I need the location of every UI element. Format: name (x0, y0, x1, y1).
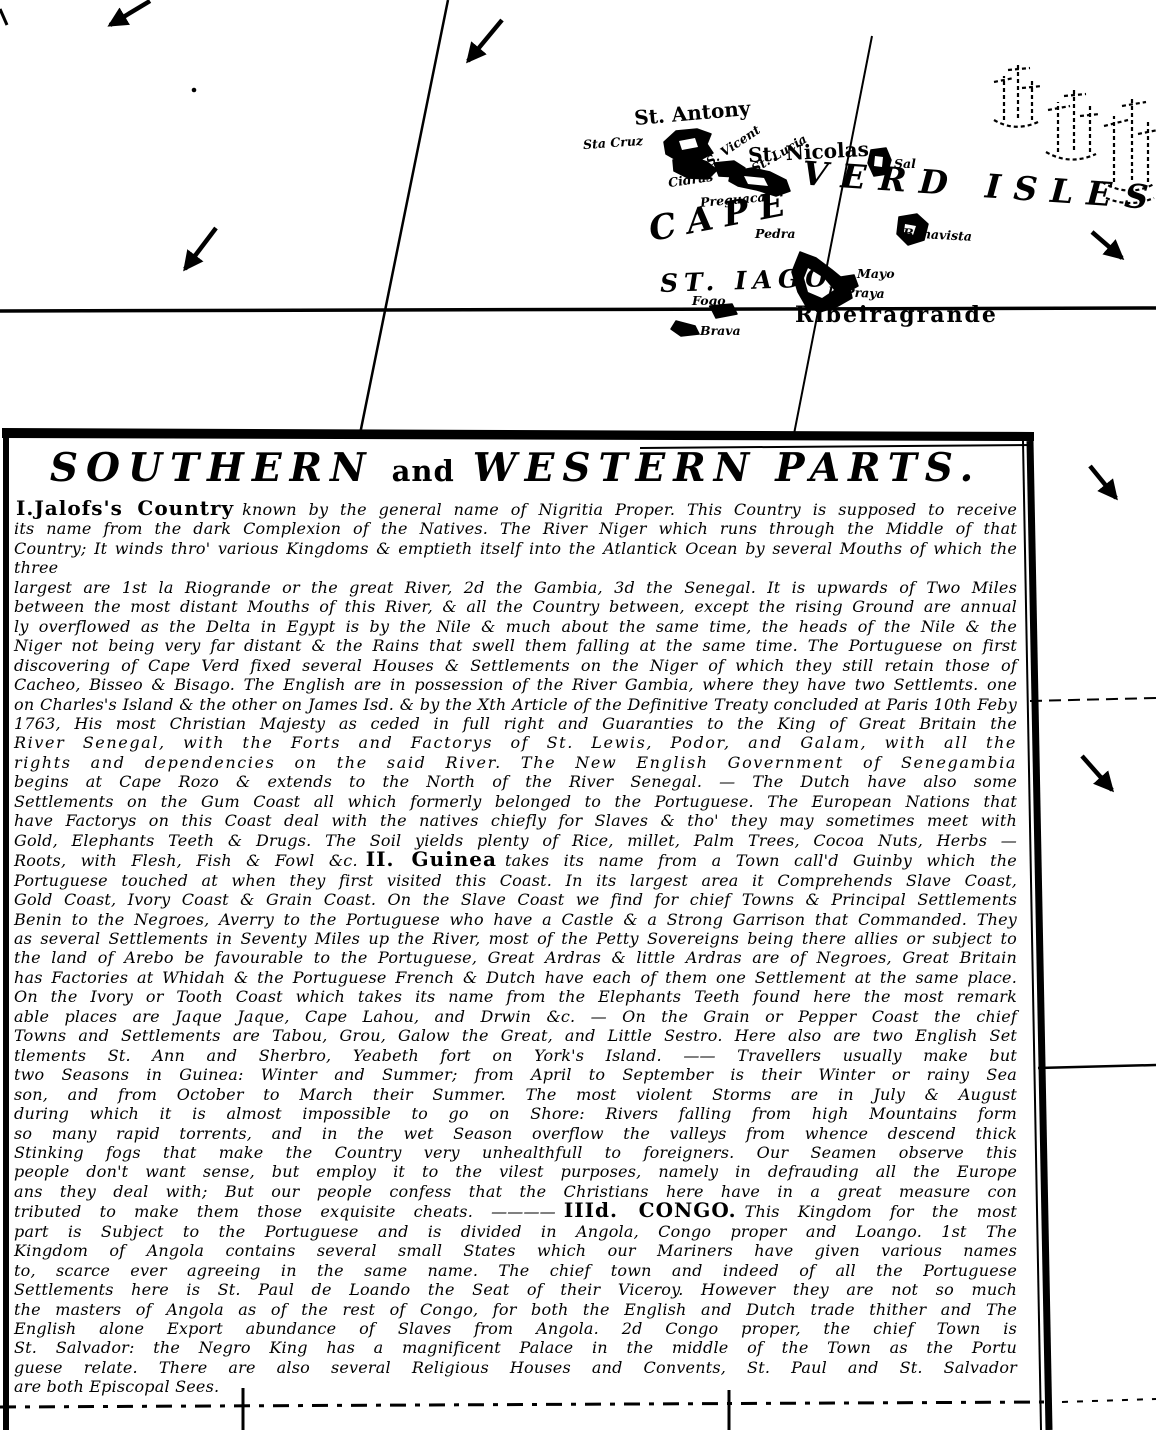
cartouche-line: its name from the dark Complexion of the… (14, 519, 1017, 538)
cartouche-line: rights and dependencies on the said Rive… (14, 753, 1017, 772)
cartouche-line: able places are Jaque Jaque, Cape Lahou,… (14, 1007, 1017, 1026)
cartouche: SOUTHERN and WESTERN PARTS. I.Jalofs's C… (14, 441, 1017, 1426)
cartouche-line: between the most distant Mouths of this … (14, 597, 1017, 616)
cartouche-line: two Seasons in Guinea: Winter and Summer… (14, 1065, 1017, 1084)
island-label-la-praya: la Praya (828, 284, 885, 301)
island-label-fogo: Fogo (692, 293, 726, 308)
cartouche-line: Gold Coast, Ivory Coast & Grain Coast. O… (14, 890, 1017, 909)
title-word-southern: SOUTHERN (50, 445, 374, 491)
cartouche-line: Stinking fogs that make the Country very… (14, 1143, 1017, 1162)
cartouche-line: son, and from October to March their Sum… (14, 1085, 1017, 1104)
cartouche-line: Kingdom of Angola contains several small… (14, 1241, 1017, 1260)
island-label-mayo: Mayo (857, 266, 895, 281)
cartouche-line: part is Subject to the Portuguese and is… (14, 1222, 1017, 1241)
cartouche-line: guese relate. There are also several Rel… (14, 1358, 1017, 1377)
cartouche-title: SOUTHERN and WESTERN PARTS. (14, 445, 1017, 491)
cartouche-line: as several Settlements in Seventy Miles … (14, 929, 1017, 948)
cartouche-line: Settlements on the Gum Coast all which f… (14, 792, 1017, 811)
island-label-brava: Brava (700, 323, 741, 338)
cartouche-line: Cacheo, Bisseo & Bisago. The English are… (14, 675, 1017, 694)
cartouche-line: on Charles's Island & the other on James… (14, 695, 1017, 714)
cartouche-line: Portuguese touched at when they first vi… (14, 871, 1017, 890)
cartouche-line: has Factories at Whidah & the Portuguese… (14, 968, 1017, 987)
cartouche-line: during which it is almost impossible to … (14, 1104, 1017, 1123)
cartouche-line: begins at Cape Rozo & extends to the Nor… (14, 772, 1017, 791)
title-word-and: and (392, 454, 455, 488)
cartouche-line: Towns and Settlements are Tabou, Grou, G… (14, 1026, 1017, 1045)
cartouche-line: largest are 1st la Riogrande or the grea… (14, 578, 1017, 597)
cartouche-line: so many rapid torrents, and in the wet S… (14, 1124, 1017, 1143)
cartouche-line: Benin to the Negroes, Averry to the Port… (14, 910, 1017, 929)
island-label-bonavista: Bonavista (903, 225, 973, 244)
cartouche-line: On the Ivory or Tooth Coast which takes … (14, 987, 1017, 1006)
antique-map-page: St. Antony Sta Cruz S. Vicent St. Lucia … (0, 0, 1156, 1430)
cartouche-line: Gold, Elephants Teeth & Drugs. The Soil … (14, 831, 1017, 850)
title-word-western: WESTERN (473, 445, 758, 491)
cartouche-line: River Senegal, with the Forts and Factor… (14, 733, 1017, 752)
island-label-st-antony: St. Antony (633, 96, 751, 130)
cartouche-line: Roots, with Flesh, Fish & Fowl &c.II. Gu… (14, 850, 1017, 870)
cartouche-line: the land of Arebo be favourable to the P… (14, 948, 1017, 967)
cartouche-line: English alone Export abundance of Slaves… (14, 1319, 1017, 1338)
cartouche-line: people don't want sense, but employ it t… (14, 1162, 1017, 1181)
cartouche-line: Niger not being very far distant & the R… (14, 636, 1017, 655)
cartouche-line: are both Episcopal Sees. (14, 1377, 1017, 1396)
town-label-ribeiragrande: Ribeiragrande (795, 302, 998, 328)
cartouche-line: discovering of Cape Verd fixed several H… (14, 656, 1017, 675)
island-label-st-iago: ST. IAGO (660, 263, 834, 298)
cartouche-line: Settlements here is St. Paul de Loando t… (14, 1280, 1017, 1299)
cartouche-line: to, scarce ever agreeing in the same nam… (14, 1261, 1017, 1280)
cartouche-line: have Factorys on this Coast deal with th… (14, 811, 1017, 830)
cartouche-line: ans they deal with; But our people confe… (14, 1182, 1017, 1201)
cartouche-line: ly overflowed as the Delta in Egypt is b… (14, 617, 1017, 636)
island-label-sta-cruz: Sta Cruz (583, 133, 644, 152)
cartouche-line: St. Salvador: the Negro King has a magni… (14, 1338, 1017, 1357)
island-label-pedra: Pedra (755, 226, 795, 241)
cartouche-line: I.Jalofs's Countryknown by the general n… (14, 499, 1017, 519)
cartouche-line: the masters of Angola as of the rest of … (14, 1300, 1017, 1319)
cartouche-line: tlements St. Ann and Sherbro, Yeabeth fo… (14, 1046, 1017, 1065)
title-word-parts: PARTS. (775, 445, 981, 491)
archipelago-label-verd-isles: VERD ISLES (801, 154, 1156, 218)
cartouche-line: tributed to make them those exquisite ch… (14, 1201, 1017, 1221)
cartouche-line: Country; It winds thro' various Kingdoms… (14, 539, 1017, 578)
cartouche-line: 1763, His most Christian Majesty as cede… (14, 714, 1017, 733)
island-label-cidras: Cidras (667, 169, 714, 190)
